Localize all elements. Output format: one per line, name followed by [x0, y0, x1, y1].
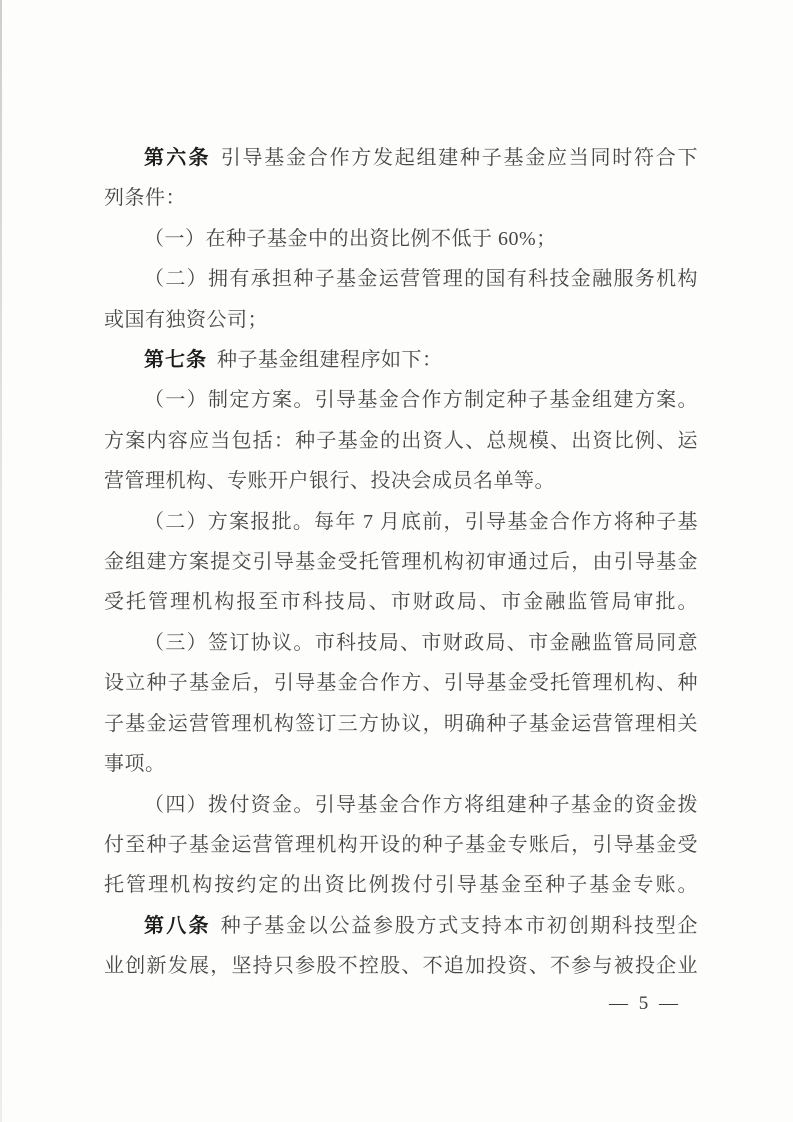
- document-line: （一）制定方案。引导基金合作方制定种子基金组建方案。: [104, 380, 698, 420]
- document-line: （三）签订协议。市科技局、市财政局、市金融监管局同意: [104, 623, 698, 663]
- article-heading: 第八条: [144, 915, 211, 937]
- page-number: — 5 —: [609, 993, 681, 1015]
- document-line: 业创新发展，坚持只参股不控股、不追加投资、不参与被投企业: [104, 946, 698, 986]
- document-line: （二）拥有承担种子基金运营管理的国有科技金融服务机构: [104, 259, 698, 299]
- document-page: 第六条引导基金合作方发起组建种子基金应当同时符合下列条件：（一）在种子基金中的出…: [0, 0, 793, 1122]
- document-line: 第六条引导基金合作方发起组建种子基金应当同时符合下: [104, 138, 698, 178]
- document-line: 子基金运营管理机构签订三方协议，明确种子基金运营管理相关: [104, 704, 698, 744]
- document-line: 设立种子基金后，引导基金合作方、引导基金受托管理机构、种: [104, 663, 698, 703]
- scan-edge-artifact: [0, 0, 2, 1122]
- document-line: 事项。: [104, 744, 698, 784]
- document-line: 列条件：: [104, 178, 698, 218]
- document-line: （二）方案报批。每年 7 月底前，引导基金合作方将种子基: [104, 502, 698, 542]
- document-line: （四）拨付资金。引导基金合作方将组建种子基金的资金拨: [104, 785, 698, 825]
- document-line: 第八条种子基金以公益参股方式支持本市初创期科技型企: [104, 906, 698, 946]
- document-line: （一）在种子基金中的出资比例不低于 60%；: [104, 219, 698, 259]
- document-line: 第七条种子基金组建程序如下：: [104, 340, 698, 380]
- document-line: 或国有独资公司；: [104, 300, 698, 340]
- article-heading: 第七条: [144, 349, 207, 371]
- article-heading: 第六条: [144, 147, 211, 169]
- document-line: 托管理机构按约定的出资比例拨付引导基金至种子基金专账。: [104, 865, 698, 905]
- document-line: 付至种子基金运营管理机构开设的种子基金专账后，引导基金受: [104, 825, 698, 865]
- document-line: 受托管理机构报至市科技局、市财政局、市金融监管局审批。: [104, 582, 698, 622]
- document-line: 方案内容应当包括：种子基金的出资人、总规模、出资比例、运: [104, 421, 698, 461]
- document-body: 第六条引导基金合作方发起组建种子基金应当同时符合下列条件：（一）在种子基金中的出…: [104, 138, 698, 987]
- document-line: 营管理机构、专账开户银行、投决会成员名单等。: [104, 461, 698, 501]
- document-line: 金组建方案提交引导基金受托管理机构初审通过后，由引导基金: [104, 542, 698, 582]
